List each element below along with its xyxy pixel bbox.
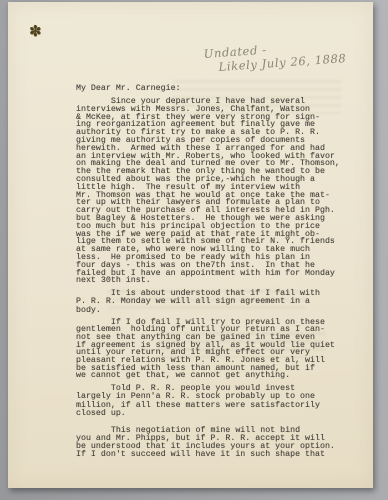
letter-paragraph: It is about understood that if I fail wi… [76,290,320,315]
letter-page: ✽ Undated - Likely July 26, 1888 My Dear… [8,2,373,488]
handwritten-date-annotation: Undated - Likely July 26, 1888 [203,37,347,75]
salutation: My Dear Mr. Carnegie: [76,84,181,93]
flower-stamp-icon: ✽ [29,22,42,40]
letter-paragraph: If I do fail I will try to prevail on th… [76,319,335,381]
letter-paragraph: Since your departure I have had several … [76,98,340,285]
letter-paragraph: This negotiation of mine will not bind y… [76,427,335,459]
letter-paragraph: Told P. R. R. people you would invest la… [76,385,320,418]
scan-background: ✽ Undated - Likely July 26, 1888 My Dear… [0,0,388,500]
